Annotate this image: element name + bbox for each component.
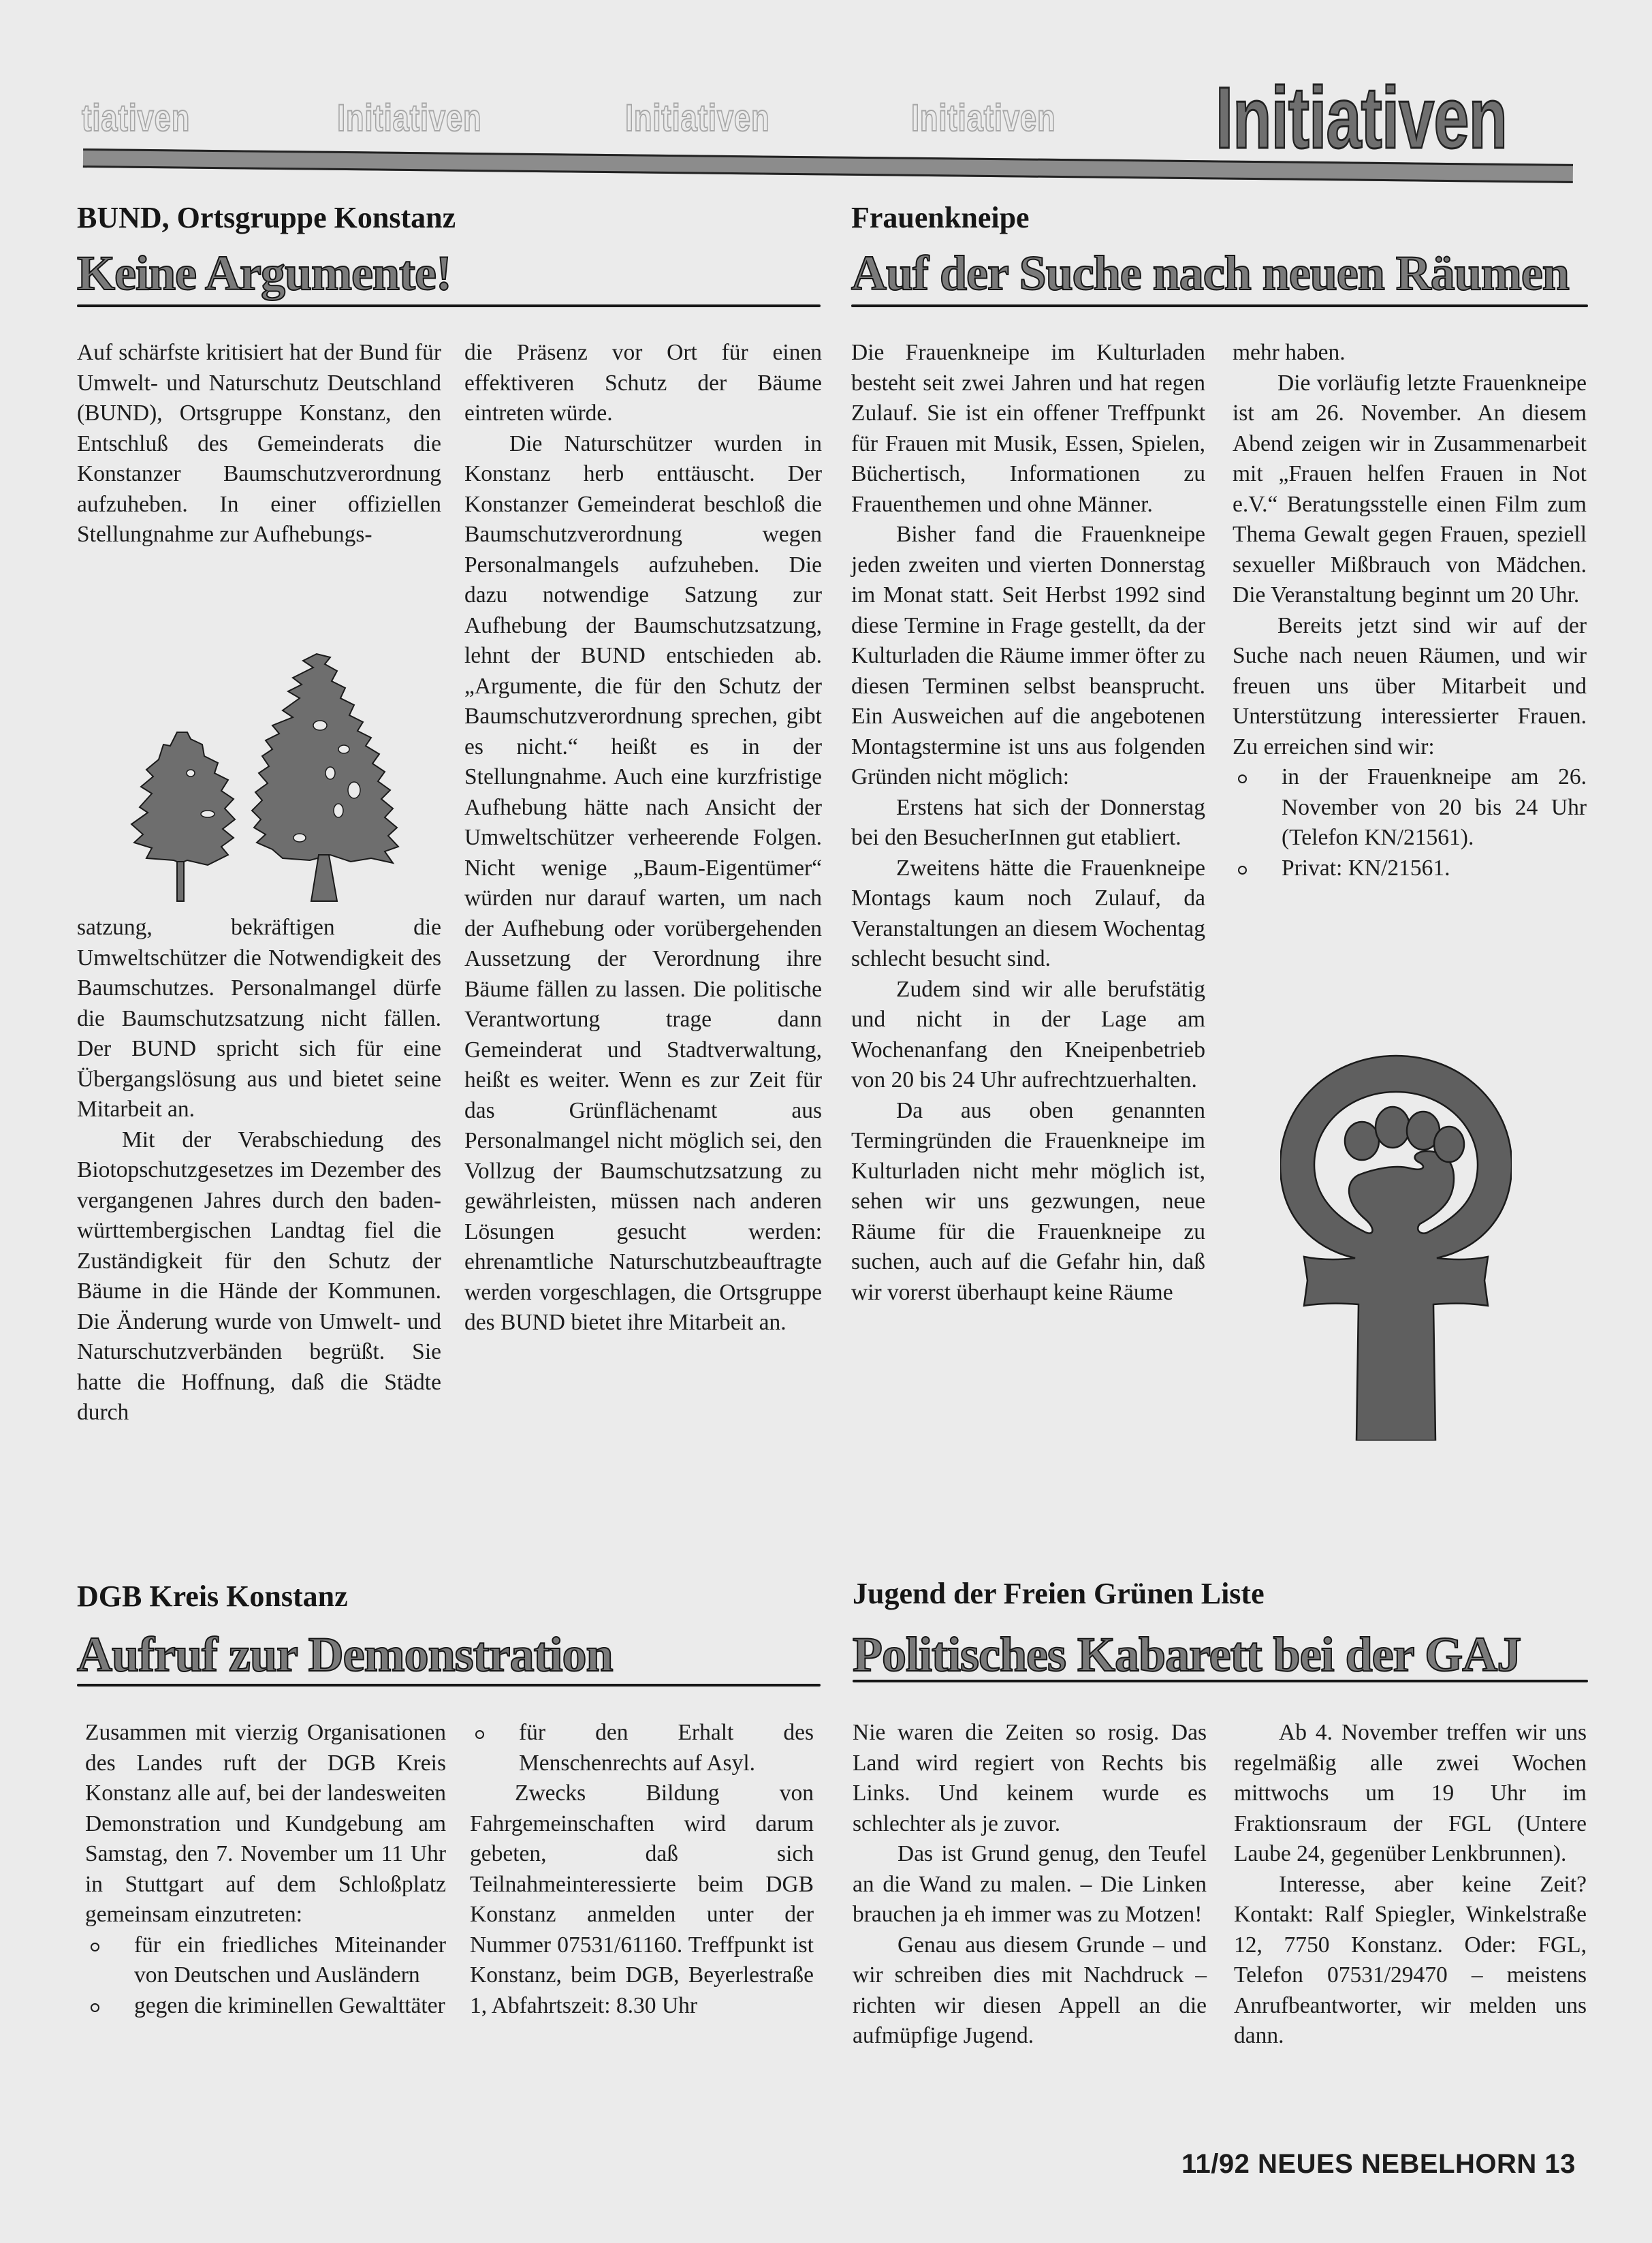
masthead-ghost-label: Initiativen — [337, 95, 481, 140]
paragraph: Zudem sind wir alle berufstätig und nich… — [851, 975, 1205, 1096]
paragraph: Ab 4. November treffen wir uns regelmäßi… — [1234, 1718, 1587, 1870]
paragraph: Nie waren die Zeiten so rosig. Das Land … — [853, 1718, 1207, 1839]
article-kicker: Frauenkneipe — [851, 203, 1030, 233]
paragraph: Die Naturschützer wurden in Konstanz her… — [464, 429, 822, 1338]
section-title: Initiativen — [1216, 75, 1507, 162]
article-kicker: DGB Kreis Konstanz — [77, 1582, 348, 1612]
contact-item: in der Frauenkneipe am 26. November von … — [1233, 762, 1587, 853]
demand-item: für den Erhalt des Menschenrechts auf As… — [470, 1718, 814, 1778]
masthead-ghost-label: tiativen — [82, 95, 190, 140]
tree-illustration — [126, 630, 412, 903]
article-column: mehr haben. Die vorläufig letzte Frauenk… — [1233, 338, 1587, 883]
demand-list: für den Erhalt des Menschenrechts auf As… — [470, 1718, 814, 1778]
issue-number: 11/92 — [1181, 2149, 1250, 2179]
article-headline: Auf der Suche nach neuen Räumen — [851, 249, 1569, 298]
article-kicker: Jugend der Freien Grünen Liste — [853, 1579, 1265, 1609]
paragraph: Genau aus diesem Grunde – und wir schrei… — [853, 1930, 1207, 2052]
paragraph: mehr haben. — [1233, 338, 1587, 368]
headline-rule — [77, 1684, 821, 1687]
article-column: für den Erhalt des Menschenrechts auf As… — [470, 1718, 814, 2021]
venus-fist-symbol-icon — [1280, 1039, 1512, 1441]
paragraph: Zweitens hätte die Frauenkneipe Montags … — [851, 853, 1205, 975]
article-column: Zusammen mit vierzig Organisationen des … — [85, 1718, 446, 2021]
paragraph: satzung, bekräftigen die Umweltschützer … — [77, 913, 441, 1125]
paragraph: Zwecks Bildung von Fahrgemeinschaften wi… — [470, 1778, 814, 2021]
paragraph: Bisher fand die Frauenkneipe jeden zweit… — [851, 520, 1205, 793]
headline-rule — [851, 304, 1588, 307]
article-column: die Präsenz vor Ort für einen effektiver… — [464, 338, 822, 1338]
demand-item: für ein friedliches Miteinander von Deut… — [85, 1930, 446, 1991]
demand-list: für ein friedliches Miteinander von Deut… — [85, 1930, 446, 2022]
article-column: satzung, bekräftigen die Umweltschützer … — [77, 913, 441, 1428]
article-column: Ab 4. November treffen wir uns regelmäßi… — [1234, 1718, 1587, 2052]
headline-rule — [853, 1680, 1588, 1682]
contact-list: in der Frauenkneipe am 26. November von … — [1233, 762, 1587, 883]
masthead-ghost-label: Initiativen — [911, 95, 1055, 140]
article-headline: Keine Argumente! — [77, 249, 451, 298]
paragraph: Die vorläufig letzte Frauenkneipe ist am… — [1233, 368, 1587, 611]
article-column: Nie waren die Zeiten so rosig. Das Land … — [853, 1718, 1207, 2052]
masthead-ghost-label: Initiativen — [625, 95, 769, 140]
page-number: 13 — [1544, 2149, 1576, 2179]
article-headline: Politisches Kabarett bei der GAJ — [853, 1630, 1521, 1679]
article-column: Auf schärfste kritisiert hat der Bund fü… — [77, 338, 441, 550]
paragraph: Erstens hat sich der Donnerstag bei den … — [851, 793, 1205, 853]
paragraph: Bereits jetzt sind wir auf der Suche nac… — [1233, 611, 1587, 763]
demand-item: gegen die kriminellen Gewalttäter — [85, 1991, 446, 2022]
paragraph: die Präsenz vor Ort für einen effektiver… — [464, 338, 822, 429]
paragraph: Die Frauenkneipe im Kulturladen besteht … — [851, 338, 1205, 520]
paragraph: Das ist Grund genug, den Teufel an die W… — [853, 1839, 1207, 1930]
paragraph: Zusammen mit vierzig Organisationen des … — [85, 1718, 446, 1930]
paragraph: Auf schärfste kritisiert hat der Bund fü… — [77, 338, 441, 550]
publication-name: NEUES NEBELHORN — [1258, 2149, 1537, 2179]
article-headline: Aufruf zur Demonstration — [77, 1630, 613, 1679]
contact-item: Privat: KN/21561. — [1233, 853, 1587, 884]
article-column: Die Frauenkneipe im Kulturladen besteht … — [851, 338, 1205, 1308]
paragraph: Interesse, aber keine Zeit? Kontakt: Ral… — [1234, 1870, 1587, 2052]
article-kicker: BUND, Ortsgruppe Konstanz — [77, 203, 456, 233]
paragraph: Da aus oben genannten Termingründen die … — [851, 1096, 1205, 1308]
paragraph: Mit der Verabschiedung des Biotopschutzg… — [77, 1125, 441, 1428]
page-footer: 11/92 NEUES NEBELHORN 13 — [1181, 2149, 1576, 2180]
headline-rule — [77, 304, 821, 307]
